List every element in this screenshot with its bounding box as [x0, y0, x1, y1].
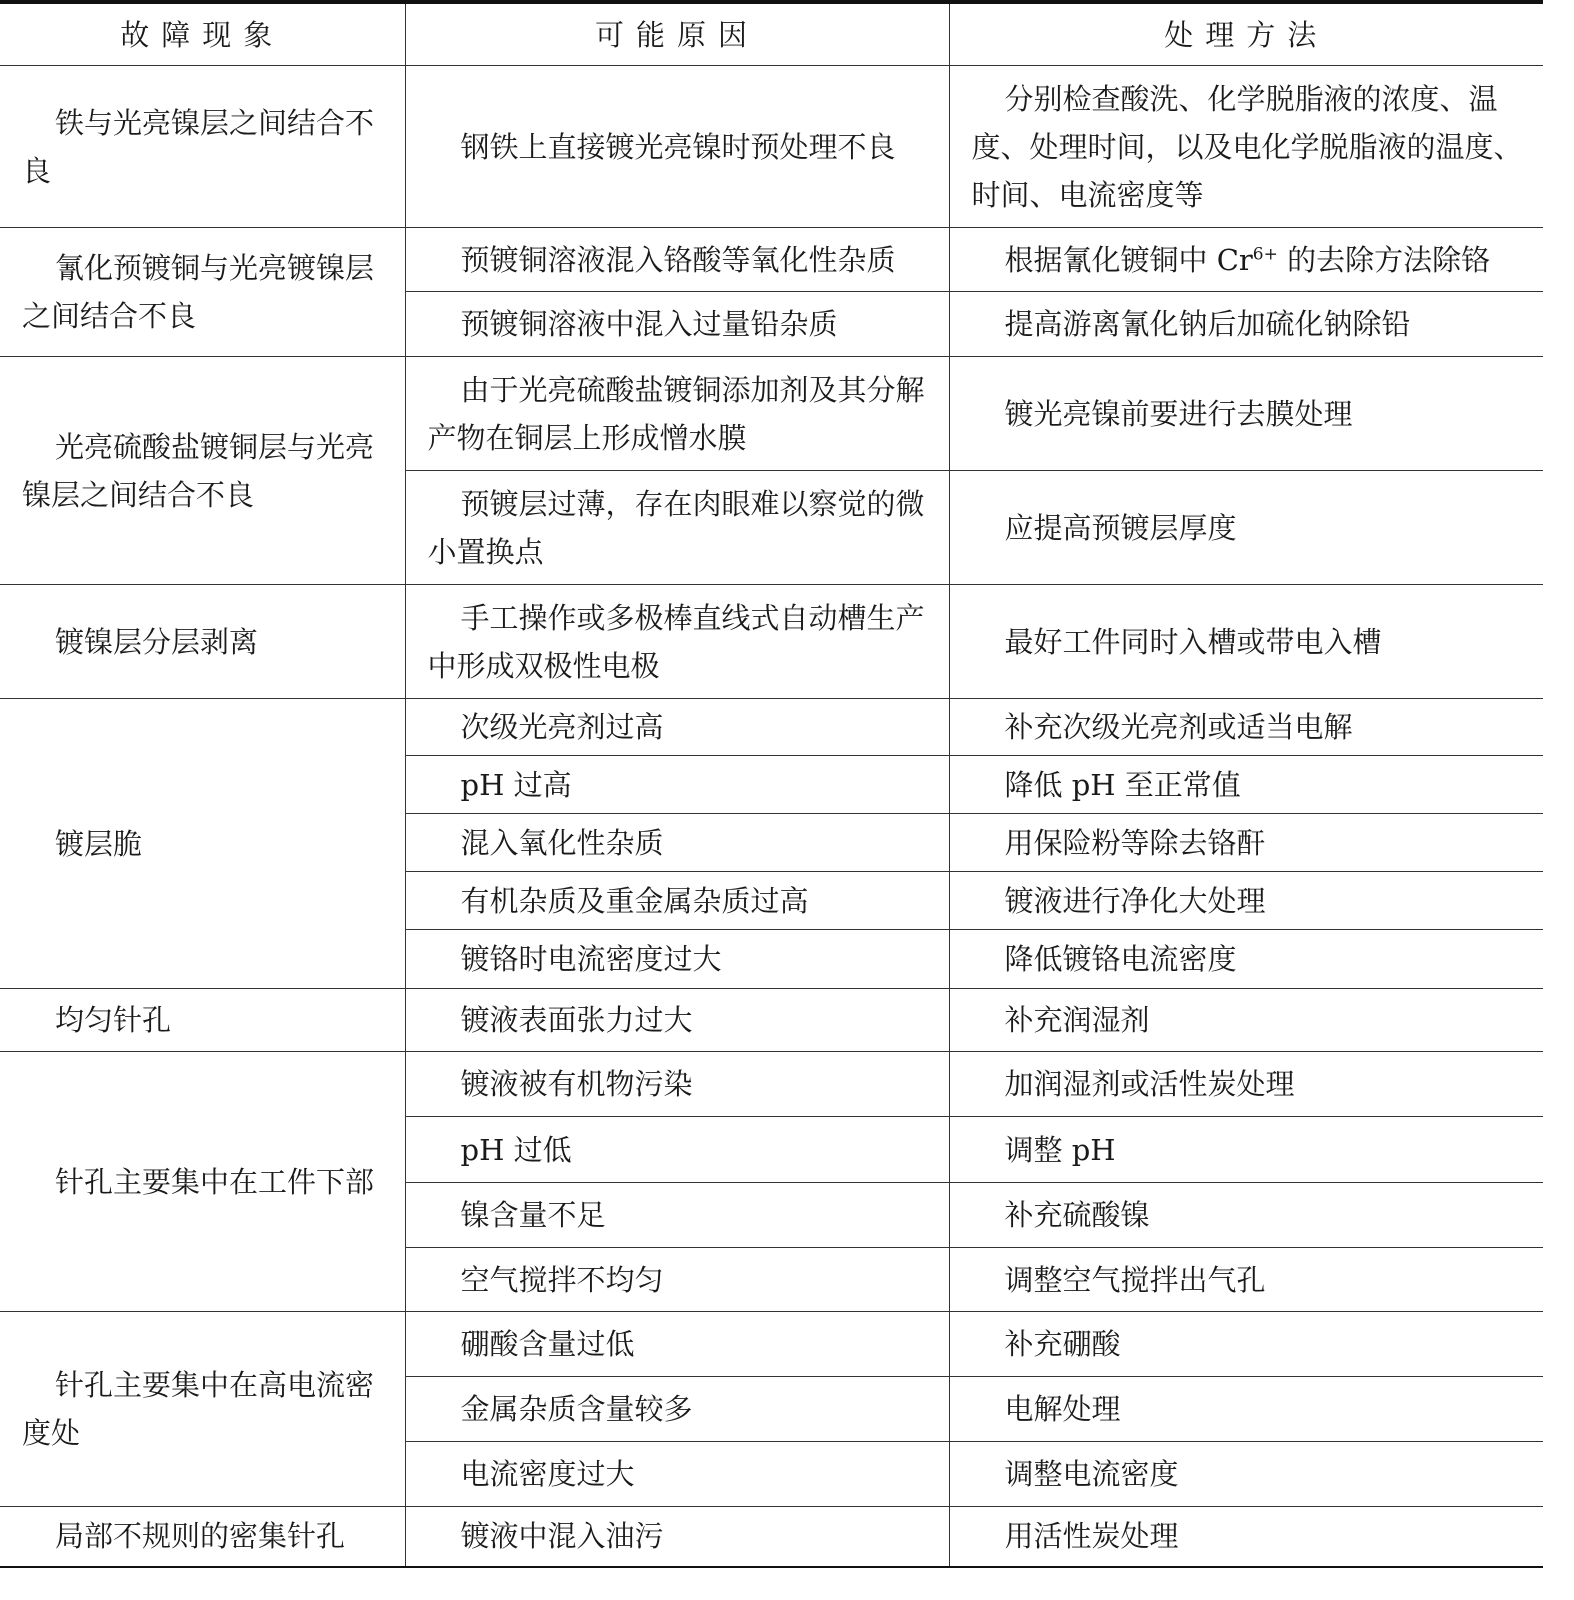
cause-cell: 预镀层过薄，存在肉眼难以察觉的微小置换点	[405, 471, 949, 585]
table-row: 镀镍层分层剥离 手工操作或多极棒直线式自动槽生产中形成双极性电极 最好工件同时入…	[0, 585, 1543, 699]
symptom-cell: 镀层脆	[0, 699, 405, 989]
remedy-cell: 调整空气搅拌出气孔	[949, 1248, 1543, 1312]
cause-cell: 硼酸含量过低	[405, 1312, 949, 1377]
symptom-cell: 铁与光亮镍层之间结合不良	[0, 66, 405, 228]
cause-cell: 镀液中混入油污	[405, 1507, 949, 1567]
table-row: 铁与光亮镍层之间结合不良 钢铁上直接镀光亮镍时预处理不良 分别检查酸洗、化学脱脂…	[0, 66, 1543, 228]
remedy-cell: 提高游离氰化钠后加硫化钠除铅	[949, 292, 1543, 357]
cause-cell: 手工操作或多极棒直线式自动槽生产中形成双极性电极	[405, 585, 949, 699]
remedy-cell: 电解处理	[949, 1377, 1543, 1442]
cause-cell: 预镀铜溶液中混入过量铅杂质	[405, 292, 949, 357]
header-row: 故障现象 可能原因 处理方法	[0, 2, 1543, 66]
table-row: 均匀针孔 镀液表面张力过大 补充润湿剂	[0, 989, 1543, 1052]
cause-cell: 镍含量不足	[405, 1183, 949, 1248]
remedy-cell: 用活性炭处理	[949, 1507, 1543, 1567]
remedy-cell: 调整 pH	[949, 1117, 1543, 1183]
remedy-cell: 补充硼酸	[949, 1312, 1543, 1377]
remedy-cell: 镀光亮镍前要进行去膜处理	[949, 357, 1543, 471]
remedy-cell: 补充硫酸镍	[949, 1183, 1543, 1248]
symptom-cell: 氰化预镀铜与光亮镀镍层之间结合不良	[0, 228, 405, 357]
cause-cell: 镀液表面张力过大	[405, 989, 949, 1052]
symptom-cell: 光亮硫酸盐镀铜层与光亮镍层之间结合不良	[0, 357, 405, 585]
troubleshooting-table: 故障现象 可能原因 处理方法 铁与光亮镍层之间结合不良 钢铁上直接镀光亮镍时预处…	[0, 0, 1543, 1568]
cause-cell: 金属杂质含量较多	[405, 1377, 949, 1442]
table-row: 光亮硫酸盐镀铜层与光亮镍层之间结合不良 由于光亮硫酸盐镀铜添加剂及其分解产物在铜…	[0, 357, 1543, 471]
remedy-text: 根据氰化镀铜中 Cr	[1005, 243, 1253, 277]
cause-cell: 混入氧化性杂质	[405, 814, 949, 872]
header-remedy: 处理方法	[949, 2, 1543, 66]
symptom-cell: 镀镍层分层剥离	[0, 585, 405, 699]
header-symptom: 故障现象	[0, 2, 405, 66]
cause-cell: 钢铁上直接镀光亮镍时预处理不良	[405, 66, 949, 228]
cause-cell: 有机杂质及重金属杂质过高	[405, 872, 949, 930]
cause-cell: 由于光亮硫酸盐镀铜添加剂及其分解产物在铜层上形成憎水膜	[405, 357, 949, 471]
remedy-cell: 补充润湿剂	[949, 989, 1543, 1052]
table-row: 氰化预镀铜与光亮镀镍层之间结合不良 预镀铜溶液混入铬酸等氧化性杂质 根据氰化镀铜…	[0, 228, 1543, 292]
cause-cell: 电流密度过大	[405, 1442, 949, 1507]
symptom-cell: 局部不规则的密集针孔	[0, 1507, 405, 1567]
remedy-cell: 镀液进行净化大处理	[949, 872, 1543, 930]
remedy-text: 的去除方法除铬	[1287, 243, 1490, 277]
cause-cell: pH 过高	[405, 756, 949, 814]
remedy-cell: 应提高预镀层厚度	[949, 471, 1543, 585]
superscript: 6+	[1253, 244, 1278, 264]
cause-cell: 镀铬时电流密度过大	[405, 930, 949, 989]
symptom-cell: 针孔主要集中在高电流密度处	[0, 1312, 405, 1507]
cause-cell: 预镀铜溶液混入铬酸等氧化性杂质	[405, 228, 949, 292]
table-row: 针孔主要集中在工件下部 镀液被有机物污染 加润湿剂或活性炭处理	[0, 1052, 1543, 1117]
symptom-cell: 均匀针孔	[0, 989, 405, 1052]
cause-cell: pH 过低	[405, 1117, 949, 1183]
cause-cell: 镀液被有机物污染	[405, 1052, 949, 1117]
remedy-cell: 降低 pH 至正常值	[949, 756, 1543, 814]
cause-cell: 空气搅拌不均匀	[405, 1248, 949, 1312]
table-row: 局部不规则的密集针孔 镀液中混入油污 用活性炭处理	[0, 1507, 1543, 1567]
remedy-cell: 补充次级光亮剂或适当电解	[949, 699, 1543, 756]
remedy-cell: 最好工件同时入槽或带电入槽	[949, 585, 1543, 699]
remedy-cell: 根据氰化镀铜中 Cr6+ 的去除方法除铬	[949, 228, 1543, 292]
cause-cell: 次级光亮剂过高	[405, 699, 949, 756]
remedy-cell: 加润湿剂或活性炭处理	[949, 1052, 1543, 1117]
remedy-cell: 调整电流密度	[949, 1442, 1543, 1507]
header-cause: 可能原因	[405, 2, 949, 66]
symptom-cell: 针孔主要集中在工件下部	[0, 1052, 405, 1312]
remedy-cell: 降低镀铬电流密度	[949, 930, 1543, 989]
table-row: 镀层脆 次级光亮剂过高 补充次级光亮剂或适当电解	[0, 699, 1543, 756]
remedy-cell: 用保险粉等除去铬酐	[949, 814, 1543, 872]
table-row: 针孔主要集中在高电流密度处 硼酸含量过低 补充硼酸	[0, 1312, 1543, 1377]
remedy-cell: 分别检查酸洗、化学脱脂液的浓度、温度、处理时间，以及电化学脱脂液的温度、时间、电…	[949, 66, 1543, 228]
